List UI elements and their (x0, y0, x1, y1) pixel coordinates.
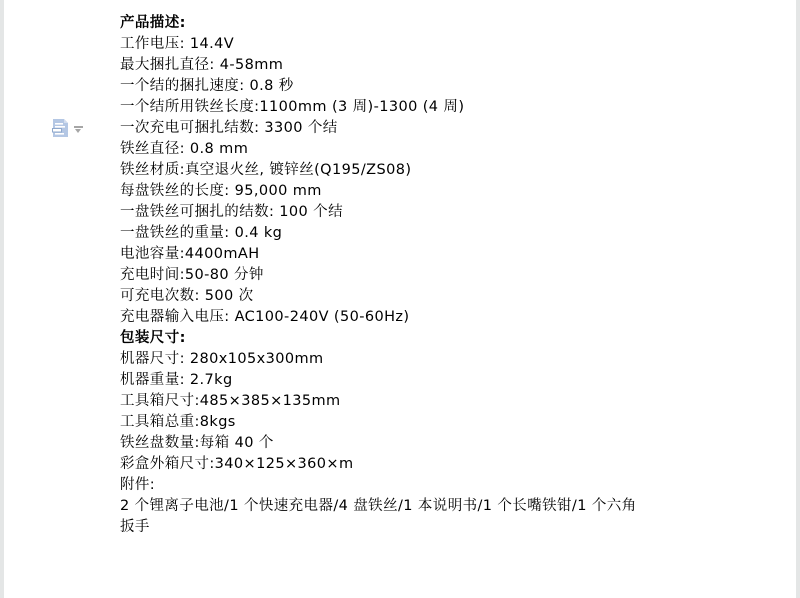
spec-line-coils-per-box: 铁丝盘数量:每箱 40 个 (120, 433, 720, 454)
page-right-margin (796, 0, 800, 598)
spec-line-wire-material: 铁丝材质:真空退火丝, 镀锌丝(Q195/ZS08) (120, 160, 720, 181)
spec-line-accessories-list: 2 个锂离子电池/1 个快速充电器/4 盘铁丝/1 本说明书/1 个长嘴铁钳/1… (120, 496, 720, 517)
spec-line-max-tying-diameter: 最大捆扎直径: 4-58mm (120, 55, 720, 76)
spec-line-knots-per-coil: 一盘铁丝可捆扎的结数: 100 个结 (120, 202, 720, 223)
spec-line-wire-length-per-coil: 每盘铁丝的长度: 95,000 mm (120, 181, 720, 202)
spec-line-working-voltage: 工作电压: 14.4V (120, 34, 720, 55)
spec-line-machine-size: 机器尺寸: 280x105x300mm (120, 349, 720, 370)
paste-options-icon (52, 118, 71, 142)
spec-line-wire-length-per-knot: 一个结所用铁丝长度:1100mm (3 周)-1300 (4 周) (120, 97, 720, 118)
spec-line-charge-cycles: 可充电次数: 500 次 (120, 286, 720, 307)
spec-line-accessories-wrap: 扳手 (120, 517, 720, 538)
spec-line-battery-capacity: 电池容量:4400mAH (120, 244, 720, 265)
spec-line-toolbox-size: 工具箱尺寸:485×385×135mm (120, 391, 720, 412)
spec-line-coil-weight: 一盘铁丝的重量: 0.4 kg (120, 223, 720, 244)
section-heading-product-description: 产品描述: (120, 13, 720, 34)
spec-line-accessories-heading: 附件: (120, 475, 720, 496)
spec-line-tying-speed: 一个结的捆扎速度: 0.8 秒 (120, 76, 720, 97)
paste-options-button[interactable] (50, 117, 86, 139)
spec-line-machine-weight: 机器重量: 2.7kg (120, 370, 720, 391)
spec-line-charger-input: 充电器输入电压: AC100-240V (50-60Hz) (120, 307, 720, 328)
page-left-margin (0, 0, 4, 598)
section-heading-packing-size: 包装尺寸: (120, 328, 720, 349)
spec-line-carton-size: 彩盒外箱尺寸:340×125×360×m (120, 454, 720, 475)
dropdown-arrow-icon[interactable] (74, 126, 84, 134)
spec-line-wire-diameter: 铁丝直径: 0.8 mm (120, 139, 720, 160)
spec-line-charging-time: 充电时间:50-80 分钟 (120, 265, 720, 286)
spec-line-knots-per-charge: 一次充电可捆扎结数: 3300 个结 (120, 118, 720, 139)
spec-line-toolbox-weight: 工具箱总重:8kgs (120, 412, 720, 433)
product-description-text: 产品描述: 工作电压: 14.4V 最大捆扎直径: 4-58mm 一个结的捆扎速… (120, 13, 720, 538)
